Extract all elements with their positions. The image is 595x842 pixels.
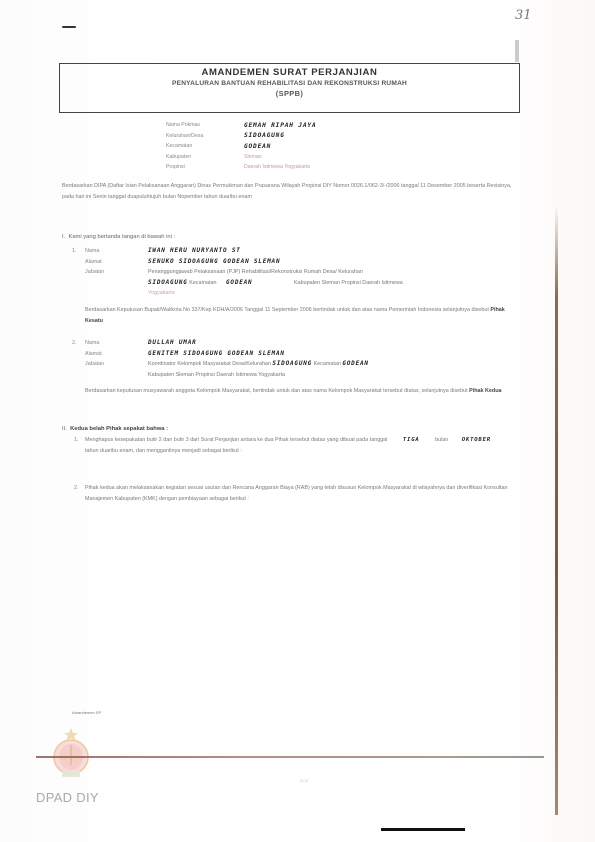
- field-value: IWAN HERU NURYANTO ST: [148, 246, 241, 257]
- section-number: II.: [62, 426, 67, 432]
- meta-value: Sleman: [244, 154, 262, 160]
- section-ii-heading: II. Kedua belah Pihak sepakat bahwa :: [62, 426, 168, 432]
- section-number: I.: [62, 234, 65, 240]
- party-1-fields: 1. Nama IWAN HERU NURYANTO ST Alamat SEN…: [72, 246, 522, 299]
- document-title: AMANDEMEN SURAT PERJANJIAN: [60, 67, 519, 78]
- footer-divider: [36, 756, 544, 758]
- meta-label: Kecamatan: [166, 143, 244, 149]
- title-box: AMANDEMEN SURAT PERJANJIAN PENYALURAN BA…: [59, 63, 520, 113]
- party-2-address: GENITEM SIDOAGUNG GODEAN SLEMAN: [148, 350, 285, 357]
- meta-label: Nama Pokmas: [166, 122, 244, 128]
- position-text: Koordinator Kelompok Masyarakat Desa/Kel…: [148, 361, 271, 367]
- agreement-item: 1. Menghapus kesepakatan butir 2 dan but…: [74, 435, 524, 456]
- bottom-bar: [381, 828, 465, 831]
- kecamatan-value: GODEAN: [226, 279, 252, 286]
- kecamatan-label: Kecamatan: [189, 280, 216, 286]
- field-row: Alamat SENUKO SIDOAGUNG GODEAN SLEMAN: [72, 257, 522, 268]
- party-2-fields: 2. Nama DULLAH UMAR Alamat GENITEM SIDOA…: [72, 338, 542, 380]
- field-value: Koordinator Kelompok Masyarakat Desa/Kel…: [148, 359, 528, 380]
- position-text-end: Yogyakarta: [148, 290, 175, 296]
- party-1-address: SENUKO SIDOAGUNG GODEAN SLEMAN: [148, 258, 280, 265]
- section-heading-text: Kami yang bertanda tangan di bawah ini :: [68, 234, 175, 240]
- field-value: DULLAH UMAR: [148, 338, 197, 349]
- footer-note: Amandemen SP: [72, 710, 101, 715]
- date-month: OKTOBER: [462, 437, 491, 443]
- field-label: Nama: [85, 338, 148, 349]
- field-row: 1. Nama IWAN HERU NURYANTO ST: [72, 246, 522, 257]
- watermark: DPAD DIY: [36, 790, 99, 805]
- position-text: Penanggungjawab Pelaksanaan (PJP) Rehabi…: [148, 269, 363, 275]
- corner-mark: [62, 26, 76, 28]
- party-2-name: DULLAH UMAR: [148, 339, 197, 346]
- party-1-name: IWAN HERU NURYANTO ST: [148, 247, 241, 254]
- item-number: 1.: [74, 435, 85, 456]
- edge-mark: [515, 40, 519, 62]
- party-number: 2.: [72, 338, 85, 349]
- field-label: Jabatan: [85, 267, 148, 278]
- meta-value: GODEAN: [244, 143, 271, 150]
- meta-label: Kabupaten: [166, 154, 244, 160]
- date-day: TIGA: [403, 437, 420, 443]
- field-value: GENITEM SIDOAGUNG GODEAN SLEMAN: [148, 349, 285, 360]
- field-label: Alamat: [85, 257, 148, 268]
- item-text: Menghapus kesepakatan butir 2 dan butir …: [85, 435, 515, 456]
- field-row: Alamat GENITEM SIDOAGUNG GODEAN SLEMAN: [72, 349, 542, 360]
- header-meta: Nama Pokmas GEMAH RIPAH JAYA Kelurahan/D…: [166, 120, 316, 173]
- basis-text: Berdasarkan keputusan musyawarah anggota…: [85, 388, 468, 394]
- party-number: 1.: [72, 246, 85, 257]
- position-text-tail: Kabupaten Sleman Propinsi Daerah Istimew…: [294, 280, 403, 286]
- meta-label: Propinsi: [166, 164, 244, 170]
- field-row: 2. Nama DULLAH UMAR: [72, 338, 542, 349]
- meta-label: Kelurahan/Desa: [166, 133, 244, 139]
- item-text: Pihak kedua akan melaksanakan kegiatan s…: [85, 483, 515, 504]
- field-label: Alamat: [85, 349, 148, 360]
- section-heading-text: Kedua belah Pihak sepakat bahwa :: [70, 426, 168, 432]
- field-value: Penanggungjawab Pelaksanaan (PJP) Rehabi…: [148, 267, 508, 299]
- kecamatan-label: Kecamatan: [314, 361, 341, 367]
- item-text-part: bulan: [435, 437, 448, 443]
- position-text-line2: Kabupaten Sleman Propinsi Daerah Istimew…: [148, 372, 285, 378]
- yogyakarta-emblem-icon: [50, 727, 92, 779]
- meta-row: Kecamatan GODEAN: [166, 141, 316, 152]
- item-text-part: Menghapus kesepakatan butir 2 dan butir …: [85, 437, 387, 443]
- item-number: 2.: [74, 483, 85, 504]
- field-row: Jabatan Koordinator Kelompok Masyarakat …: [72, 359, 542, 380]
- page-number: 31: [515, 8, 532, 23]
- party-2-basis: Berdasarkan keputusan musyawarah anggota…: [85, 386, 505, 397]
- kecamatan-value: GODEAN: [342, 360, 368, 367]
- field-label: Jabatan: [85, 359, 148, 370]
- meta-value: GEMAH RIPAH JAYA: [244, 122, 316, 129]
- agreement-item: 2. Pihak kedua akan melaksanakan kegiata…: [74, 483, 524, 504]
- field-value: SENUKO SIDOAGUNG GODEAN SLEMAN: [148, 257, 280, 268]
- meta-row: Nama Pokmas GEMAH RIPAH JAYA: [166, 120, 316, 131]
- desa-value: SIDOAGUNG: [148, 279, 188, 286]
- meta-row: Propinsi Daerah Istimewa Yogyakarta: [166, 162, 316, 173]
- meta-row: Kelurahan/Desa SIDOAGUNG: [166, 131, 316, 142]
- party-1-basis: Berdasarkan Keputusan Bupati/Walikota No…: [85, 305, 520, 326]
- basis-text: Berdasarkan Keputusan Bupati/Walikota No…: [85, 307, 489, 313]
- field-row: Jabatan Penanggungjawab Pelaksanaan (PJP…: [72, 267, 522, 299]
- page-edge-shadow: [555, 205, 558, 815]
- document-code: (SPPB): [60, 89, 519, 98]
- party-designation: Pihak Kedua: [469, 388, 501, 394]
- section-i-heading: I. Kami yang bertanda tangan di bawah in…: [62, 234, 175, 240]
- meta-row: Kabupaten Sleman: [166, 152, 316, 163]
- meta-value: Daerah Istimewa Yogyakarta: [244, 164, 310, 170]
- document-subtitle: PENYALURAN BANTUAN REHABILITASI DAN REKO…: [60, 80, 519, 87]
- item-text-part: tahun duaribu enam, dan menggantinya men…: [85, 448, 242, 454]
- footer-page-number: 1 / 2: [300, 778, 308, 783]
- desa-value: SIDOAGUNG: [272, 360, 312, 367]
- meta-value: SIDOAGUNG: [244, 132, 285, 139]
- field-label: Nama: [85, 246, 148, 257]
- intro-paragraph: Berdasarkan DIPA (Daftar Isian Pelaksana…: [62, 181, 522, 202]
